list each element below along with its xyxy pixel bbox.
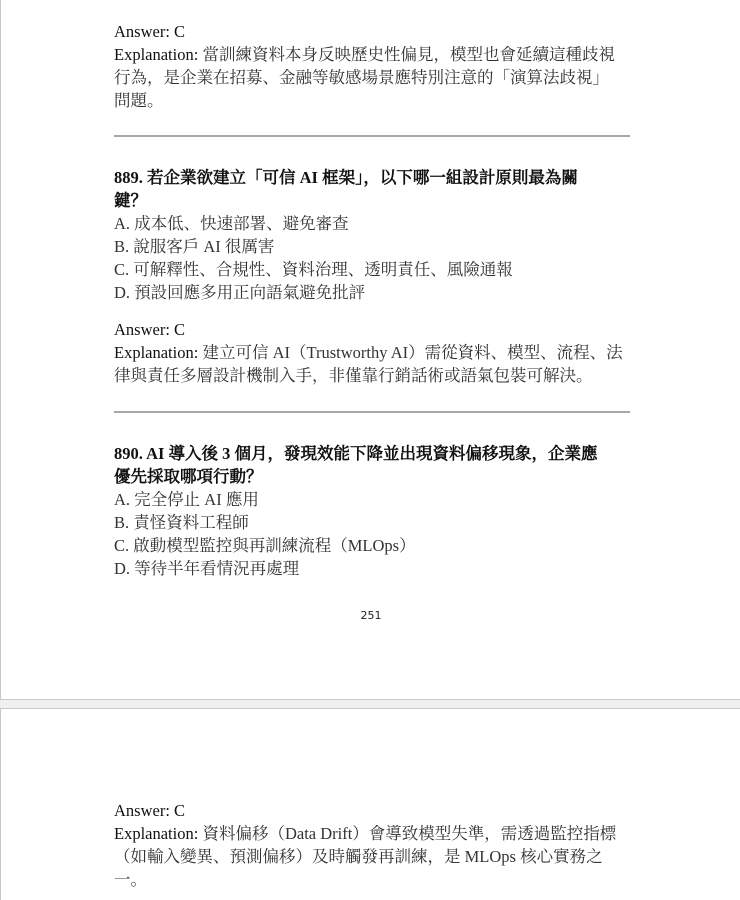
explanation-line: 律與責任多層設計機制入手，非僅靠行銷話術或語氣包裝可解決。 [114,364,634,387]
answer-label: Answer: C [114,318,634,341]
question-title: 優先採取哪項行動？ [114,465,634,488]
explanation-label: Explanation: [114,824,198,843]
question-title: 889. 若企業欲建立「可信 AI 框架」，以下哪一組設計原則最為關 [114,166,634,189]
option-a: A. 成本低、快速部署、避免審查 [114,212,634,235]
option-b: B. 責怪資料工程師 [114,511,634,534]
option-d: D. 等待半年看情況再處理 [114,557,634,580]
question-889: 889. 若企業欲建立「可信 AI 框架」，以下哪一組設計原則最為關 鍵？ A.… [114,166,634,304]
explanation-line: Explanation: 資料偏移（Data Drift）會導致模型失準，需透過… [114,822,634,845]
explanation-line: 問題。 [114,89,634,112]
question-title: 890. AI 導入後 3 個月，發現效能下降並出現資料偏移現象，企業應 [114,442,634,465]
option-a: A. 完全停止 AI 應用 [114,488,634,511]
option-d: D. 預設回應多用正向語氣避免批評 [114,281,634,304]
answer-block-888: Answer: C Explanation: 當訓練資料本身反映歷史性偏見，模型… [114,20,634,112]
page-number: 251 [1,609,740,622]
question-890: 890. AI 導入後 3 個月，發現效能下降並出現資料偏移現象，企業應 優先採… [114,442,634,580]
option-c: C. 可解釋性、合規性、資料治理、透明責任、風險通報 [114,258,634,281]
explanation-line: Explanation: 當訓練資料本身反映歷史性偏見，模型也會延續這種歧視 [114,43,634,66]
explanation-line: （如輸入變異、預測偏移）及時觸發再訓練，是 MLOps 核心實務之 [114,845,634,868]
question-divider [114,411,630,413]
answer-block-890: Answer: C Explanation: 資料偏移（Data Drift）會… [114,799,634,891]
answer-block-889: Answer: C Explanation: 建立可信 AI（Trustwort… [114,318,634,387]
question-title: 鍵？ [114,189,634,212]
explanation-line: Explanation: 建立可信 AI（Trustworthy AI）需從資料… [114,341,634,364]
answer-label: Answer: C [114,20,634,43]
question-divider [114,135,630,137]
explanation-label: Explanation: [114,343,198,362]
explanation-line: 行為，是企業在招募、金融等敏感場景應特別注意的「演算法歧視」 [114,66,634,89]
explanation-line: 一。 [114,868,634,891]
option-c: C. 啟動模型監控與再訓練流程（MLOps） [114,534,634,557]
answer-label: Answer: C [114,799,634,822]
page-252: Answer: C Explanation: 資料偏移（Data Drift）會… [0,708,740,900]
option-b: B. 說服客戶 AI 很厲害 [114,235,634,258]
page-251: Answer: C Explanation: 當訓練資料本身反映歷史性偏見，模型… [0,0,740,700]
document-viewer[interactable]: Answer: C Explanation: 當訓練資料本身反映歷史性偏見，模型… [0,0,740,900]
explanation-label: Explanation: [114,45,198,64]
